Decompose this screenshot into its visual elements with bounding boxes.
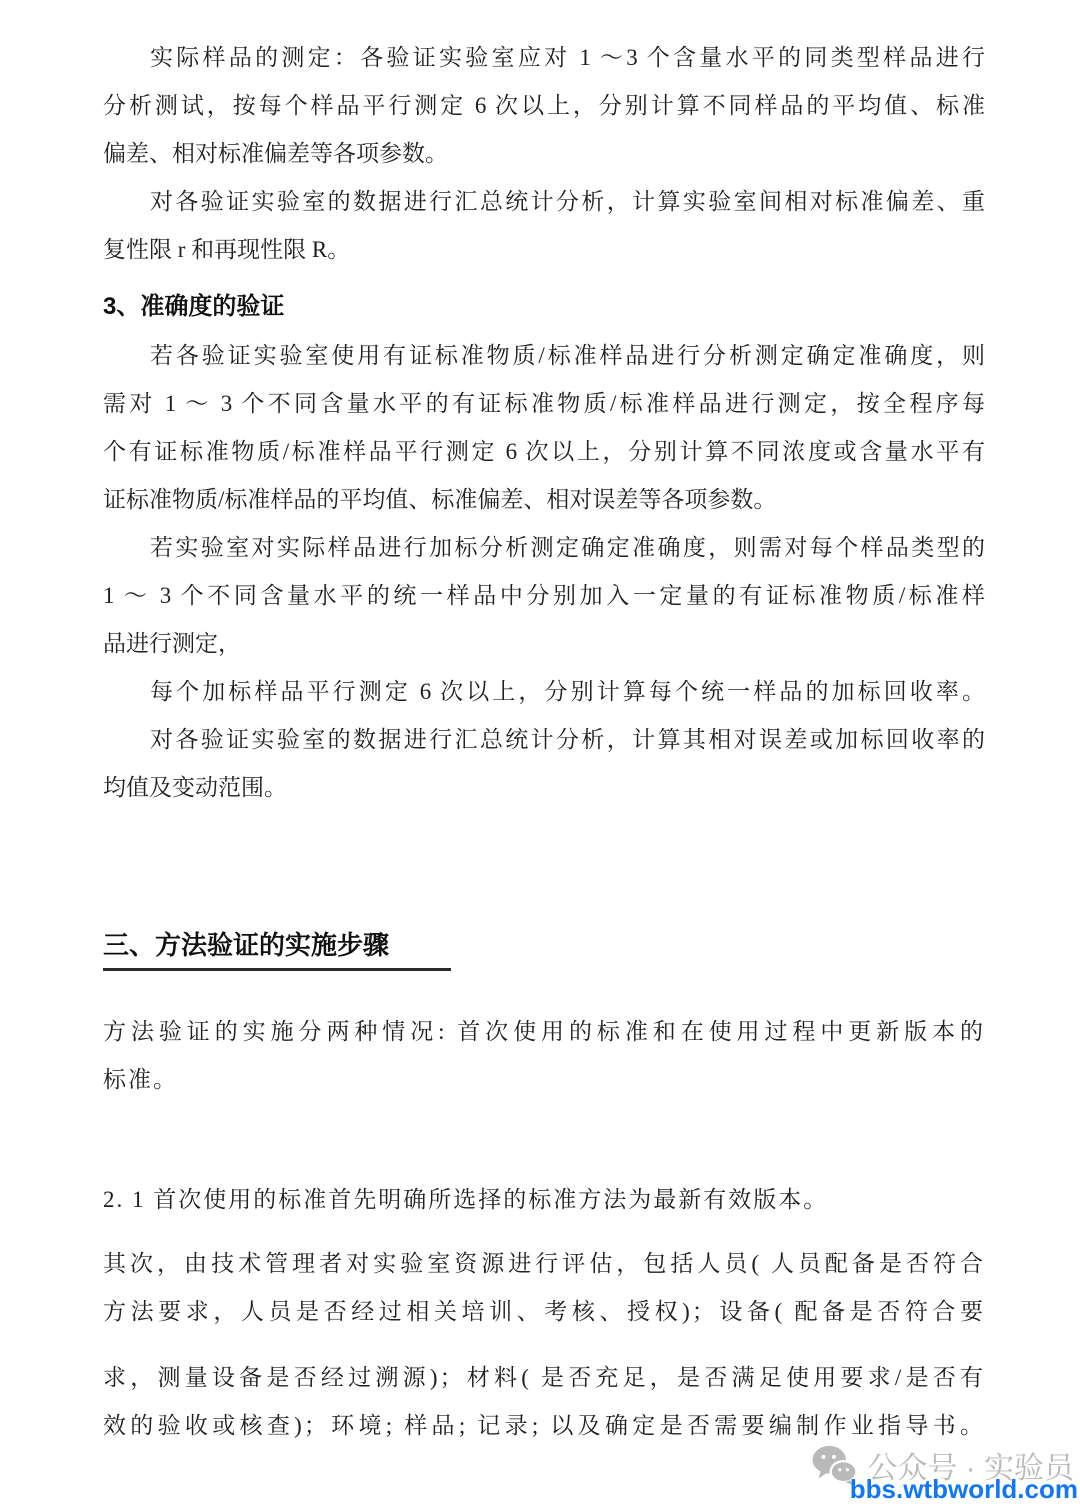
doc-line: 方法要求，人员是否经过相关培训、考核、授权)；设备( 配备是否符合要 xyxy=(103,1288,985,1336)
doc-line: 1 ～ 3 个不同含量水平的统一样品中分别加入一定量的有证标准物质/标准样 xyxy=(103,572,985,620)
section-heading-accuracy: 3、准确度的验证 xyxy=(103,282,985,332)
doc-line: 证标准物质/标准样品的平均值、标准偏差、相对误差等各项参数。 xyxy=(103,476,985,524)
doc-line: 若实验室对实际样品进行加标分析测定确定准确度，则需对每个样品类型的 xyxy=(103,524,985,572)
doc-line: 分析测试，按每个样品平行测定 6 次以上，分别计算不同样品的平均值、标准 xyxy=(103,82,985,130)
doc-line: 若各验证实验室使用有证标准物质/标准样品进行分析测定确定准确度，则 xyxy=(103,332,985,380)
doc-line: 方法验证的实施分两种情况: 首次使用的标准和在使用过程中更新版本的 xyxy=(103,1008,985,1056)
doc-line: 复性限 r 和再现性限 R。 xyxy=(103,226,985,274)
doc-line: 个有证标准物质/标准样品平行测定 6 次以上，分别计算不同浓度或含量水平有 xyxy=(103,428,985,476)
section-heading-implementation: 三、方法验证的实施步骤 xyxy=(103,922,451,971)
section-heading-implementation-row: 三、方法验证的实施步骤 xyxy=(103,922,985,978)
doc-line: 均值及变动范围。 xyxy=(103,764,985,812)
doc-line: 品进行测定， xyxy=(103,620,985,668)
watermark-url: bbs.wtbworld.com xyxy=(850,1474,1078,1505)
doc-line: 标准。 xyxy=(103,1056,985,1104)
document-body: 实际样品的测定：各验证实验室应对 1 ～3 个含量水平的同类型样品进行 分析测试… xyxy=(103,34,985,1450)
doc-line: 其次，由技术管理者对实验室资源进行评估，包括人员( 人员配备是否符合 xyxy=(103,1240,985,1288)
doc-line: 实际样品的测定：各验证实验室应对 1 ～3 个含量水平的同类型样品进行 xyxy=(103,34,985,82)
doc-line: 每个加标样品平行测定 6 次以上，分别计算每个统一样品的加标回收率。 xyxy=(103,668,985,716)
doc-line: 需对 1 ～ 3 个不同含量水平的有证标准物质/标准样品进行测定，按全程序每 xyxy=(103,380,985,428)
doc-line: 偏差、相对标准偏差等各项参数。 xyxy=(103,130,985,178)
doc-line: 求，测量设备是否经过溯源)；材料( 是否充足，是否满足使用要求/是否有 xyxy=(103,1354,985,1402)
document-page: 实际样品的测定：各验证实验室应对 1 ～3 个含量水平的同类型样品进行 分析测试… xyxy=(0,0,1080,1511)
watermark: 公众号 · 实验员 bbs.wtbworld.com xyxy=(778,1443,1078,1505)
doc-line: 2. 1 首次使用的标准首先明确所选择的标准方法为最新有效版本。 xyxy=(103,1176,985,1224)
doc-line: 对各验证实验室的数据进行汇总统计分析，计算实验室间相对标准偏差、重 xyxy=(103,178,985,226)
doc-line: 对各验证实验室的数据进行汇总统计分析，计算其相对误差或加标回收率的 xyxy=(103,716,985,764)
